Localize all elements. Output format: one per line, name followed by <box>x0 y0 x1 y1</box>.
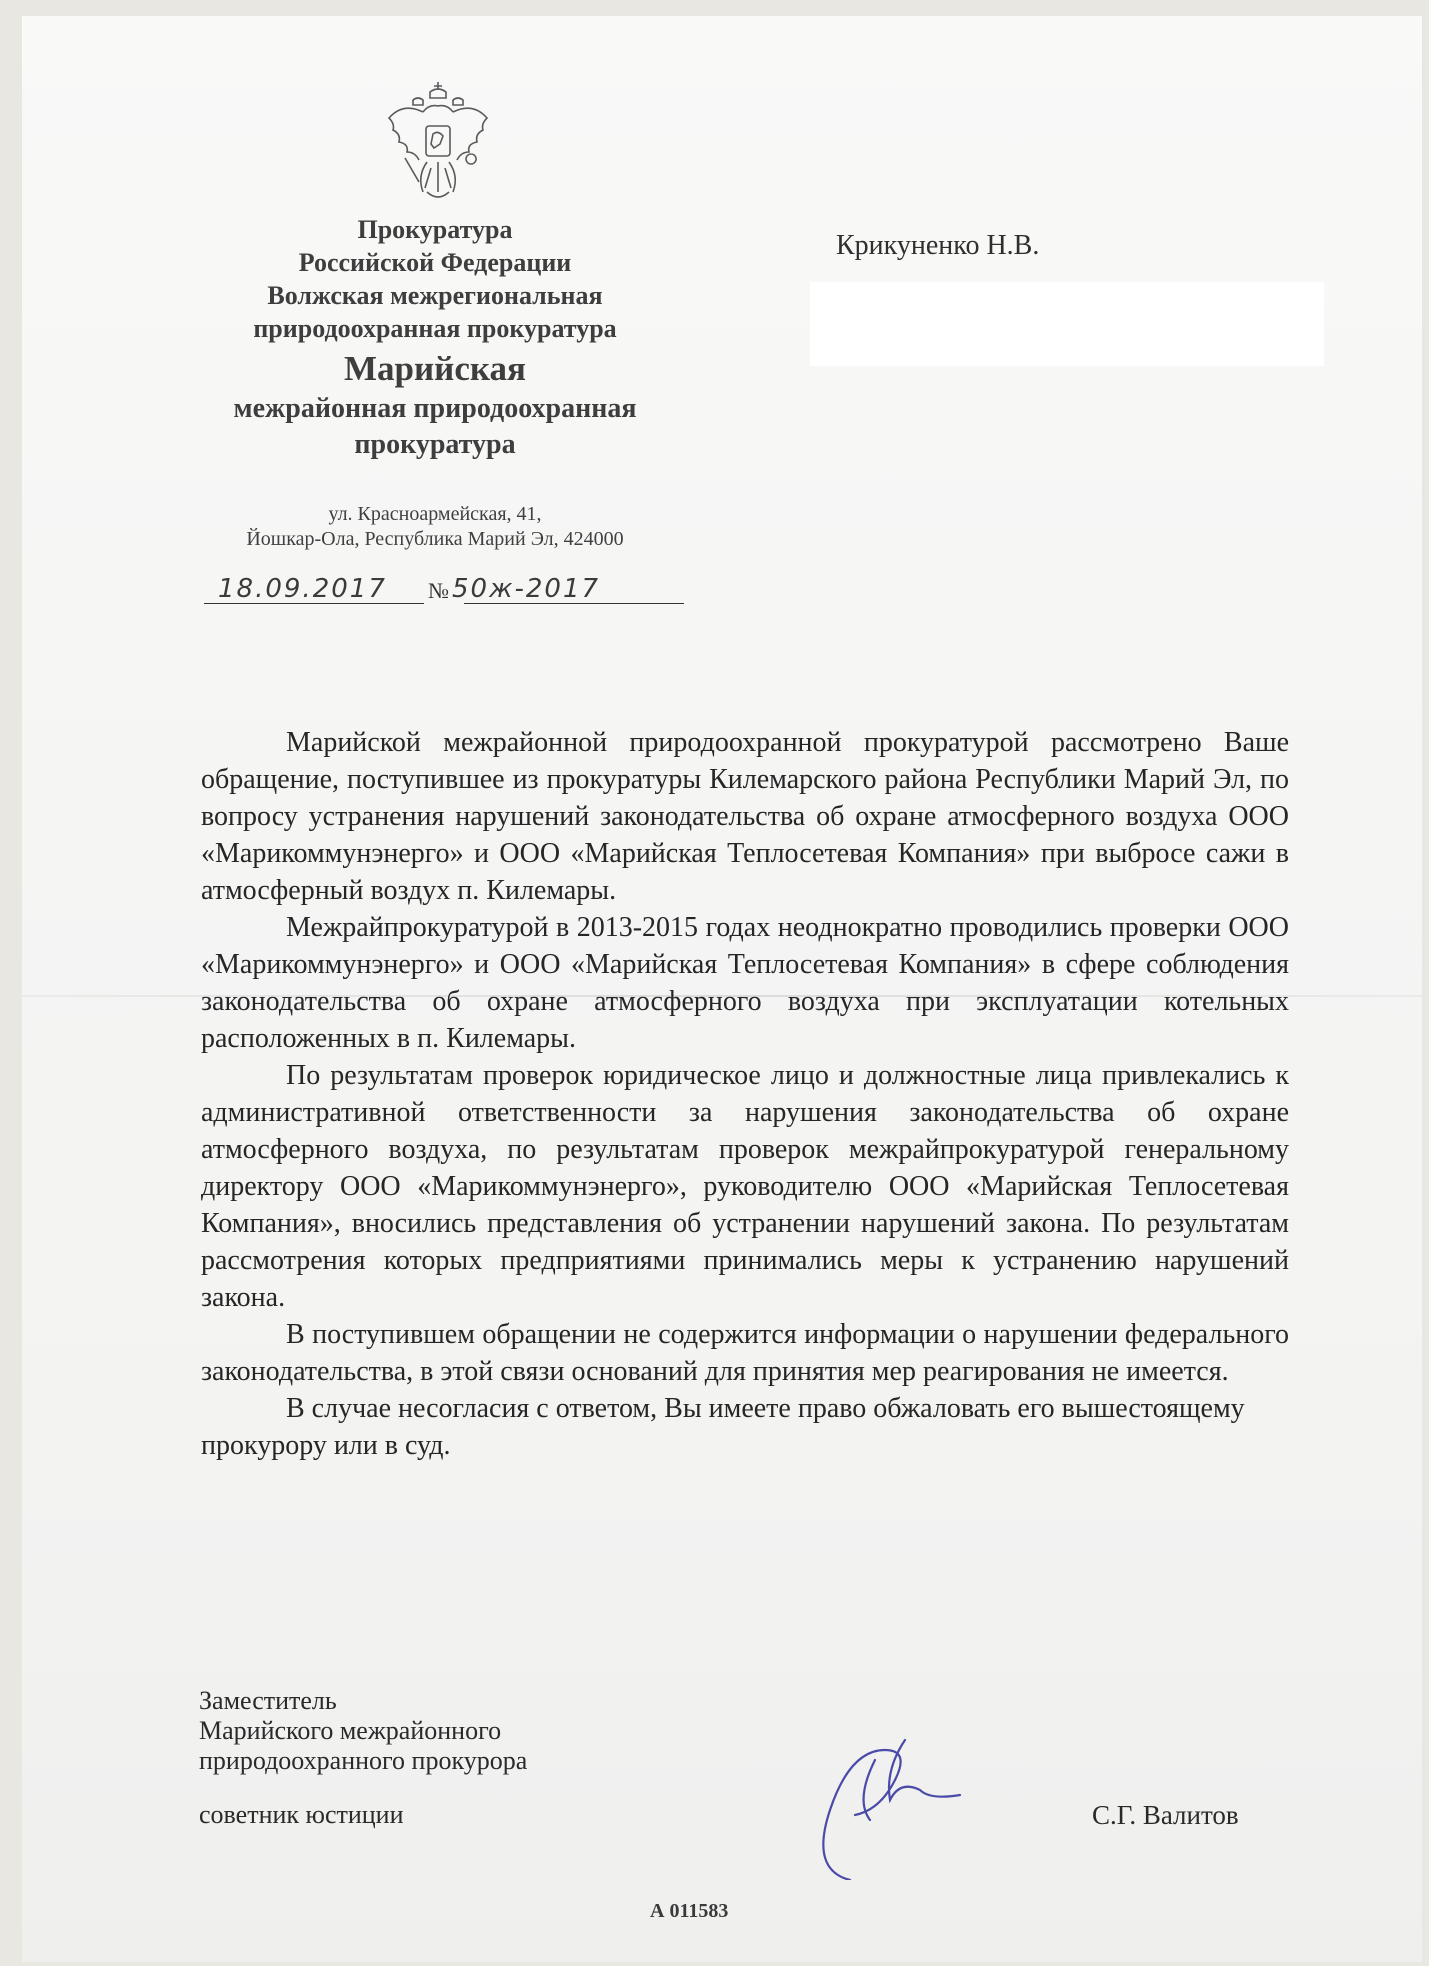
paragraph: Межрайпрокуратурой в 2013-2015 годах нео… <box>201 909 1289 1057</box>
letterhead-line: Волжская межрегиональная <box>160 279 710 312</box>
letter-body: Марийской межрайонной природоохранной пр… <box>201 724 1289 1464</box>
paragraph: Марийской межрайонной природоохранной пр… <box>201 724 1289 909</box>
position-line: Заместитель <box>199 1686 527 1716</box>
paragraph: В случае несогласия с ответом, Вы имеете… <box>201 1390 1289 1464</box>
number-sign: № <box>428 578 449 604</box>
letterhead-org-name: Марийская <box>160 347 710 391</box>
address-line: Йошкар-Ола, Республика Марий Эл, 424000 <box>160 527 710 552</box>
recipient-name: Крикуненко Н.В. <box>836 230 1039 262</box>
signatory-rank: советник юстиции <box>199 1800 404 1830</box>
letterhead-line: Российской Федерации <box>160 246 710 279</box>
handwritten-signature-icon <box>780 1730 1020 1880</box>
position-line: Марийского межрайонного <box>199 1716 527 1746</box>
letterhead: Прокуратура Российской Федерации Волжска… <box>160 213 710 463</box>
paragraph: По результатам проверок юридическое лицо… <box>201 1057 1289 1316</box>
position-line: природоохранного прокурора <box>199 1746 527 1776</box>
redacted-address <box>810 282 1324 366</box>
letterhead-org-line: прокуратура <box>160 427 710 463</box>
coat-of-arms-icon <box>383 78 493 208</box>
letterhead-org-line: межрайонная природоохранная <box>160 391 710 427</box>
sender-address: ул. Красноармейская, 41, Йошкар-Ола, Рес… <box>160 502 710 552</box>
form-serial-number: А 011583 <box>650 1900 728 1923</box>
registration-number: 50ж-2017 <box>452 574 600 604</box>
address-line: ул. Красноармейская, 41, <box>160 502 710 527</box>
registration-date: 18.09.2017 <box>218 574 387 604</box>
registration-line: 18.09.2017 № 50ж-2017 <box>204 568 684 608</box>
signatory-name: С.Г. Валитов <box>1092 1800 1239 1831</box>
paragraph: В поступившем обращении не содержится ин… <box>201 1316 1289 1390</box>
signatory-position: Заместитель Марийского межрайонного прир… <box>199 1686 527 1776</box>
letterhead-line: природоохранная прокуратура <box>160 312 710 345</box>
letterhead-line: Прокуратура <box>160 213 710 246</box>
